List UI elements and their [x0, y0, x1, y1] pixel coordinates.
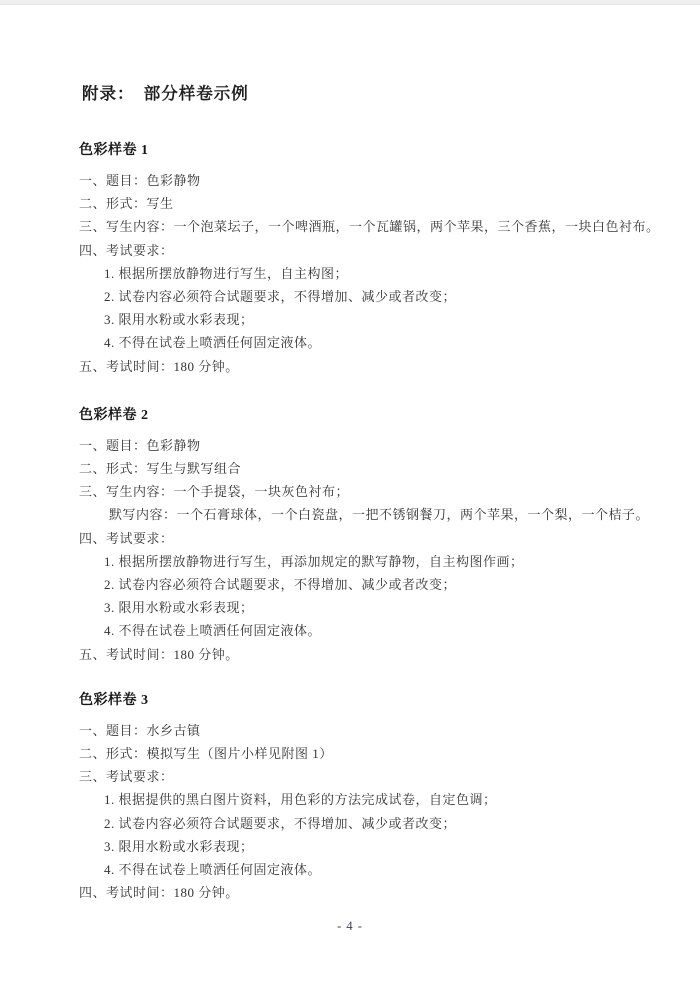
sections-container: 色彩样卷 1一、题目：色彩静物二、形式：写生三、写生内容：一个泡菜坛子，一个啤酒…	[79, 142, 642, 904]
page-number: - 4 -	[0, 919, 700, 934]
page-content: 附录： 部分样卷示例 色彩样卷 1一、题目：色彩静物二、形式：写生三、写生内容：…	[0, 0, 700, 904]
document-page: 附录： 部分样卷示例 色彩样卷 1一、题目：色彩静物二、形式：写生三、写生内容：…	[0, 0, 700, 991]
sample-paper-section: 色彩样卷 1一、题目：色彩静物二、形式：写生三、写生内容：一个泡菜坛子，一个啤酒…	[79, 142, 642, 378]
page-top-edge	[0, 0, 700, 5]
section-line: 4. 不得在试卷上喷洒任何固定液体。	[79, 331, 642, 354]
section-line: 一、题目：色彩静物	[79, 169, 642, 192]
section-line: 四、考试要求：	[79, 239, 642, 262]
section-line: 4. 不得在试卷上喷洒任何固定液体。	[79, 858, 642, 881]
section-line: 2. 试卷内容必须符合试题要求，不得增加、减少或者改变；	[79, 285, 642, 308]
section-line: 一、题目：色彩静物	[79, 434, 642, 457]
section-line: 3. 限用水粉或水彩表现；	[79, 835, 642, 858]
section-line: 五、考试时间：180 分钟。	[79, 355, 642, 378]
section-line: 五、考试时间：180 分钟。	[79, 643, 642, 666]
sample-paper-section: 色彩样卷 3一、题目：水乡古镇二、形式：模拟写生（图片小样见附图 1）三、考试要…	[79, 692, 642, 905]
section-line: 2. 试卷内容必须符合试题要求，不得增加、减少或者改变；	[79, 812, 642, 835]
section-line: 二、形式：模拟写生（图片小样见附图 1）	[79, 742, 642, 765]
section-line: 2. 试卷内容必须符合试题要求，不得增加、减少或者改变；	[79, 573, 642, 596]
section-line: 四、考试时间：180 分钟。	[79, 881, 642, 904]
section-heading: 色彩样卷 3	[79, 692, 642, 710]
section-line: 3. 限用水粉或水彩表现；	[79, 596, 642, 619]
section-heading: 色彩样卷 1	[79, 142, 642, 160]
section-line: 四、考试要求：	[79, 527, 642, 550]
section-line: 三、考试要求：	[79, 765, 642, 788]
section-line: 三、写生内容：一个泡菜坛子，一个啤酒瓶，一个瓦罐锅，两个苹果，三个香蕉，一块白色…	[79, 215, 642, 238]
section-line: 二、形式：写生与默写组合	[79, 457, 642, 480]
section-line: 1. 根据所摆放静物进行写生，再添加规定的默写静物，自主构图作画；	[79, 550, 642, 573]
section-line: 一、题目：水乡古镇	[79, 719, 642, 742]
section-line: 默写内容：一个石膏球体，一个白瓷盘，一把不锈钢餐刀，两个苹果，一个梨，一个桔子。	[79, 503, 642, 526]
section-line: 二、形式：写生	[79, 192, 642, 215]
section-line: 4. 不得在试卷上喷洒任何固定液体。	[79, 619, 642, 642]
appendix-title: 附录： 部分样卷示例	[82, 84, 642, 104]
section-line: 3. 限用水粉或水彩表现；	[79, 308, 642, 331]
section-line: 1. 根据提供的黑白图片资料，用色彩的方法完成试卷，自定色调；	[79, 788, 642, 811]
sample-paper-section: 色彩样卷 2一、题目：色彩静物二、形式：写生与默写组合三、写生内容：一个手提袋，…	[79, 407, 642, 666]
section-heading: 色彩样卷 2	[79, 407, 642, 425]
section-line: 三、写生内容：一个手提袋，一块灰色衬布；	[79, 480, 642, 503]
section-line: 1. 根据所摆放静物进行写生，自主构图；	[79, 262, 642, 285]
